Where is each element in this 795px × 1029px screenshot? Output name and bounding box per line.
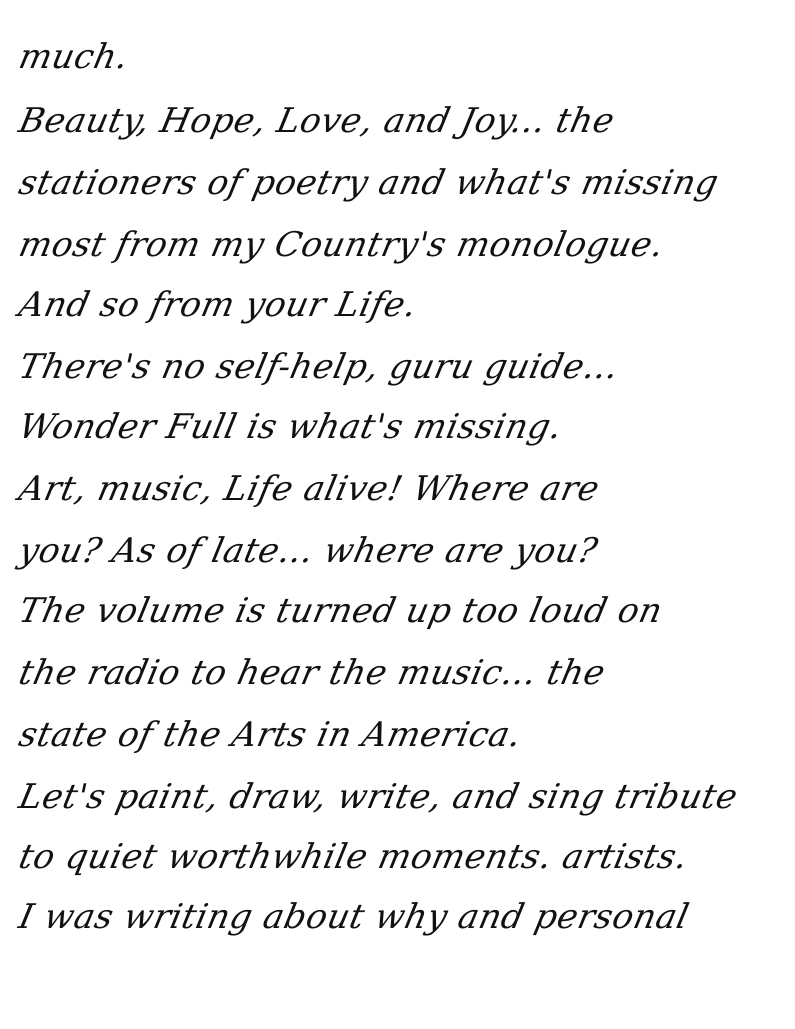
handwritten-line: The volume is turned up too loud on — [16, 594, 665, 628]
handwritten-line: to quiet worthwhile moments. artists. — [16, 840, 691, 874]
handwritten-line: state of the Arts in America. — [16, 718, 525, 752]
handwritten-page: much. Beauty, Hope, Love, and Joy... the… — [0, 0, 795, 1029]
handwritten-line: the radio to hear the music... the — [16, 656, 608, 690]
handwritten-line: And so from your Life. — [16, 288, 420, 322]
handwritten-line: Let's paint, draw, write, and sing tribu… — [16, 780, 741, 814]
handwritten-line: Wonder Full is what's missing. — [16, 410, 565, 444]
handwritten-line: most from my Country's monologue. — [16, 228, 667, 262]
handwritten-line: much. — [16, 40, 132, 74]
handwritten-line: you? As of late... where are you? — [16, 534, 601, 568]
handwritten-line: There's no self-help, guru guide... — [16, 350, 622, 384]
handwritten-line: stationers of poetry and what's missing — [16, 166, 722, 200]
handwritten-line: I was writing about why and personal — [16, 900, 692, 934]
handwritten-line: Beauty, Hope, Love, and Joy... the — [16, 104, 618, 138]
handwritten-line: Art, music, Life alive! Where are — [16, 472, 603, 506]
